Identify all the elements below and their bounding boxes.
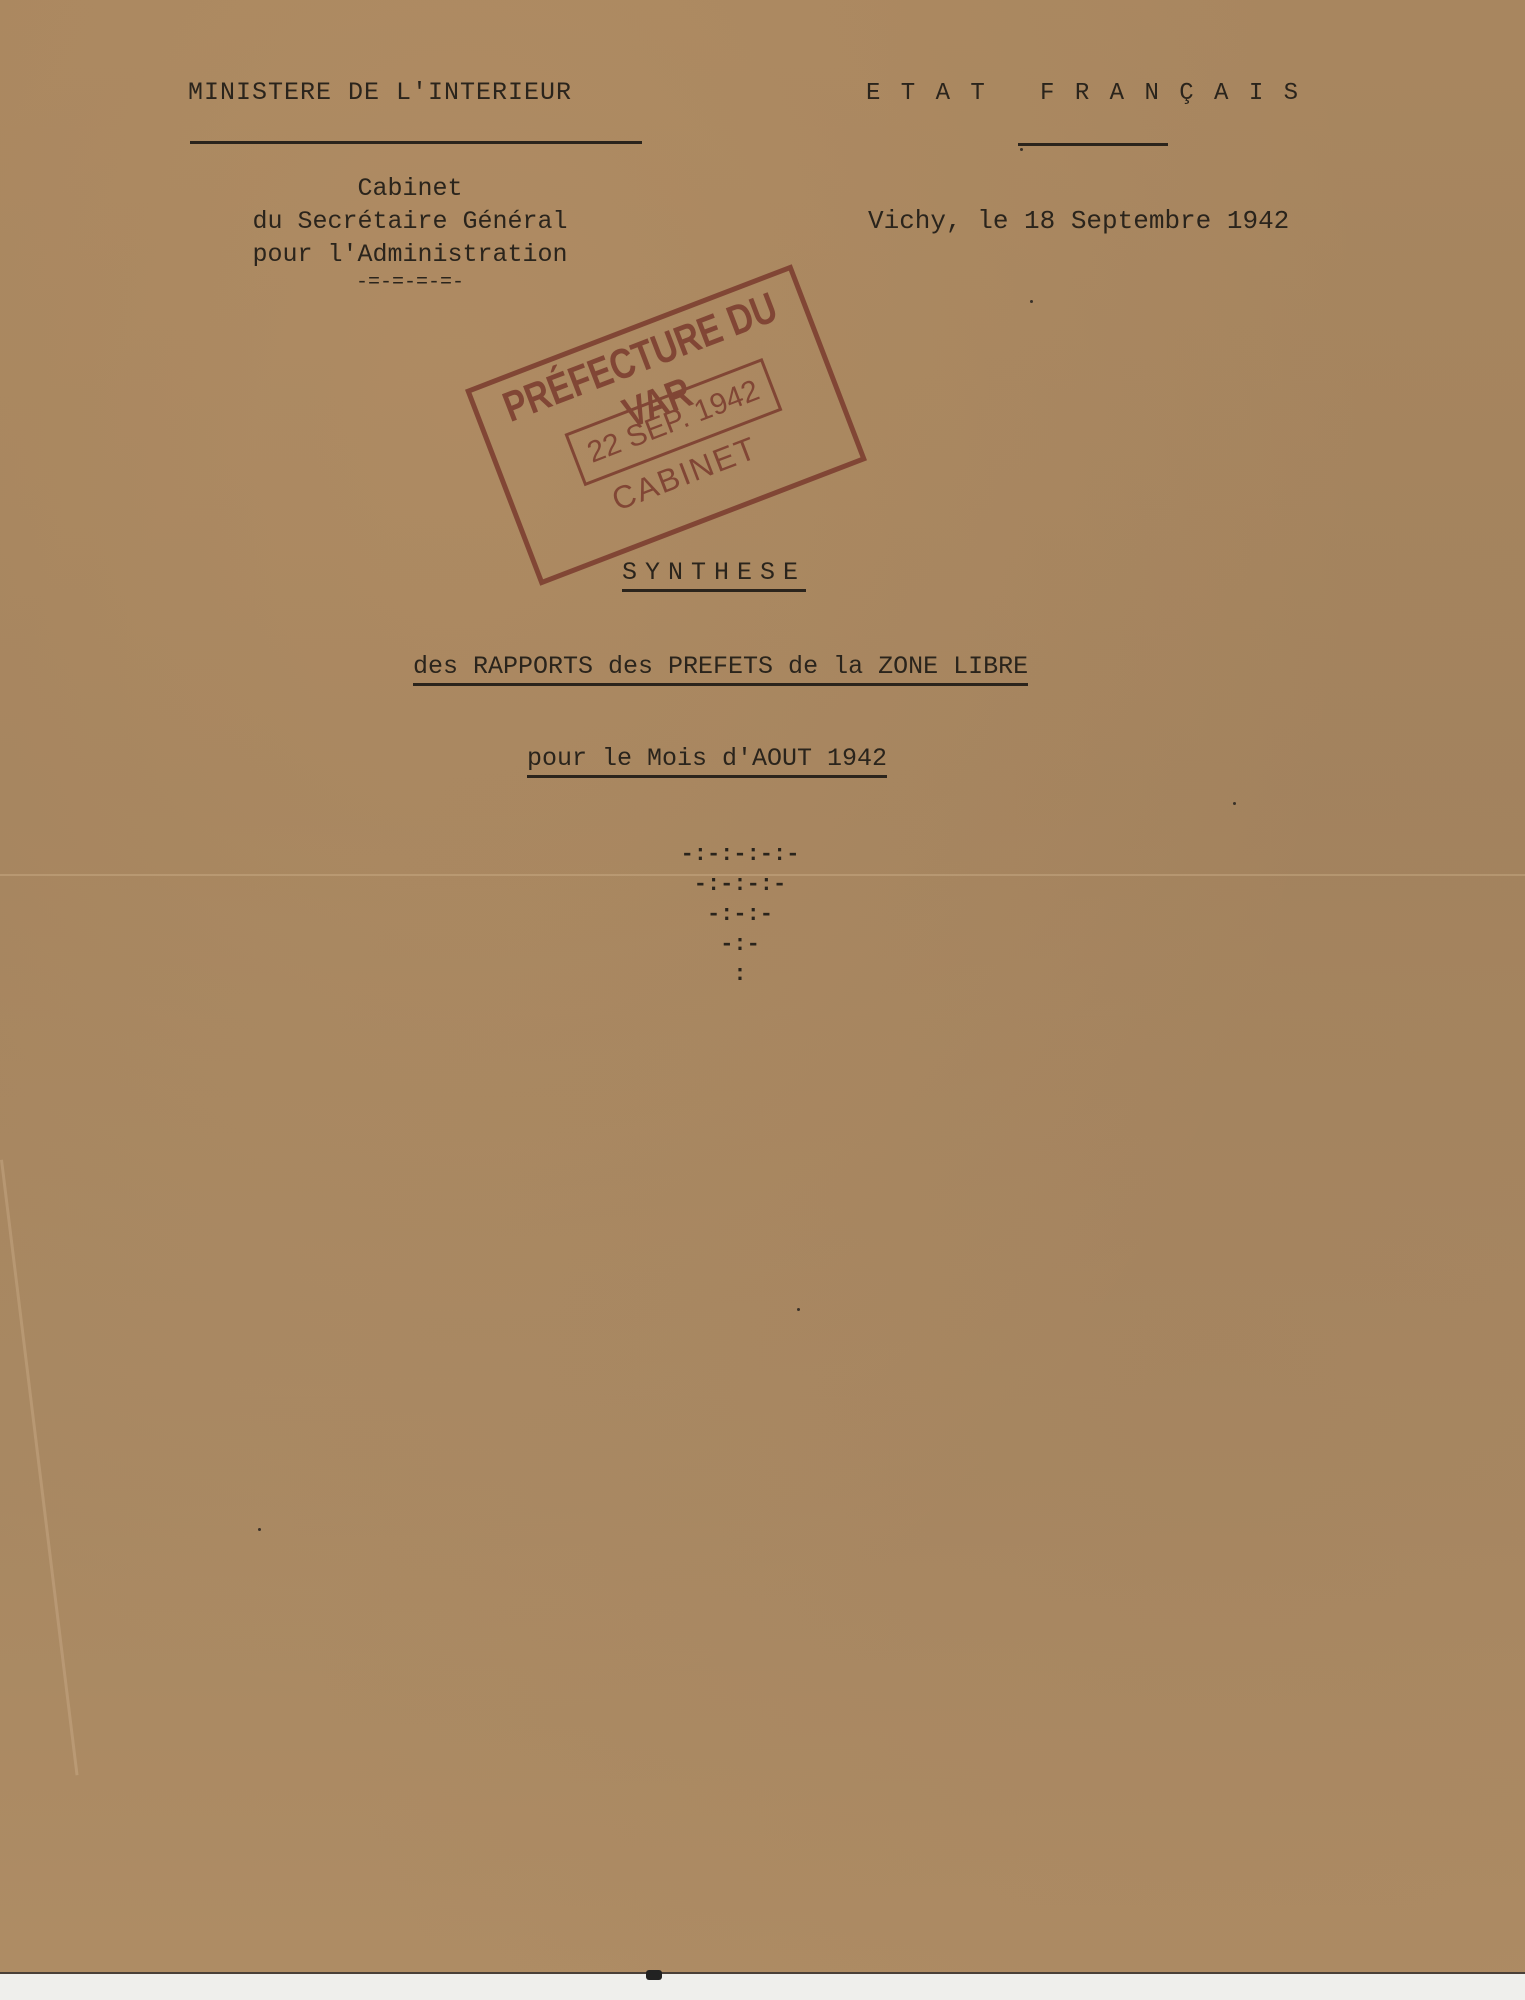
office-line: pour l'Administration xyxy=(200,238,620,271)
binder-clip xyxy=(646,1970,662,1980)
office-line: Cabinet xyxy=(200,172,620,205)
paper-speck xyxy=(1233,802,1236,805)
document-period: pour le Mois d'AOUT 1942 xyxy=(527,744,887,778)
office-line: du Secrétaire Général xyxy=(200,205,620,238)
office-ornament: -=-=-=-=- xyxy=(200,271,620,295)
dateline: Vichy, le 18 Septembre 1942 xyxy=(868,206,1289,236)
document-subtitle: des RAPPORTS des PREFETS de la ZONE LIBR… xyxy=(413,652,1028,686)
ornament-line: -:-:- xyxy=(640,900,840,930)
document-title: SYNTHESE xyxy=(622,558,806,592)
typographic-ornament: -:-:-:-:- -:-:-:- -:-:- -:- : xyxy=(640,840,840,990)
paper-speck xyxy=(1020,148,1023,151)
paper-speck xyxy=(1030,300,1033,303)
ministry-underline xyxy=(190,141,642,144)
office-block: Cabinet du Secrétaire Général pour l'Adm… xyxy=(200,172,620,295)
ministry-heading: MINISTERE DE L'INTERIEUR xyxy=(188,78,572,107)
ornament-line: -:-:-:- xyxy=(640,870,840,900)
ornament-line: -:-:-:-:- xyxy=(640,840,840,870)
paper-speck xyxy=(797,1308,800,1311)
state-heading: E T A T F R A N Ç A I S xyxy=(866,80,1301,107)
paper-speck xyxy=(258,1528,261,1531)
state-underline xyxy=(1018,143,1168,146)
document-page: MINISTERE DE L'INTERIEUR Cabinet du Secr… xyxy=(0,0,1525,1974)
ornament-line: -:- xyxy=(640,930,840,960)
ornament-line: : xyxy=(640,960,840,990)
prefecture-stamp: PRÉFECTURE DU VAR 22 SEP. 1942 CABINET xyxy=(465,264,867,585)
paper-crease xyxy=(0,1160,79,1776)
